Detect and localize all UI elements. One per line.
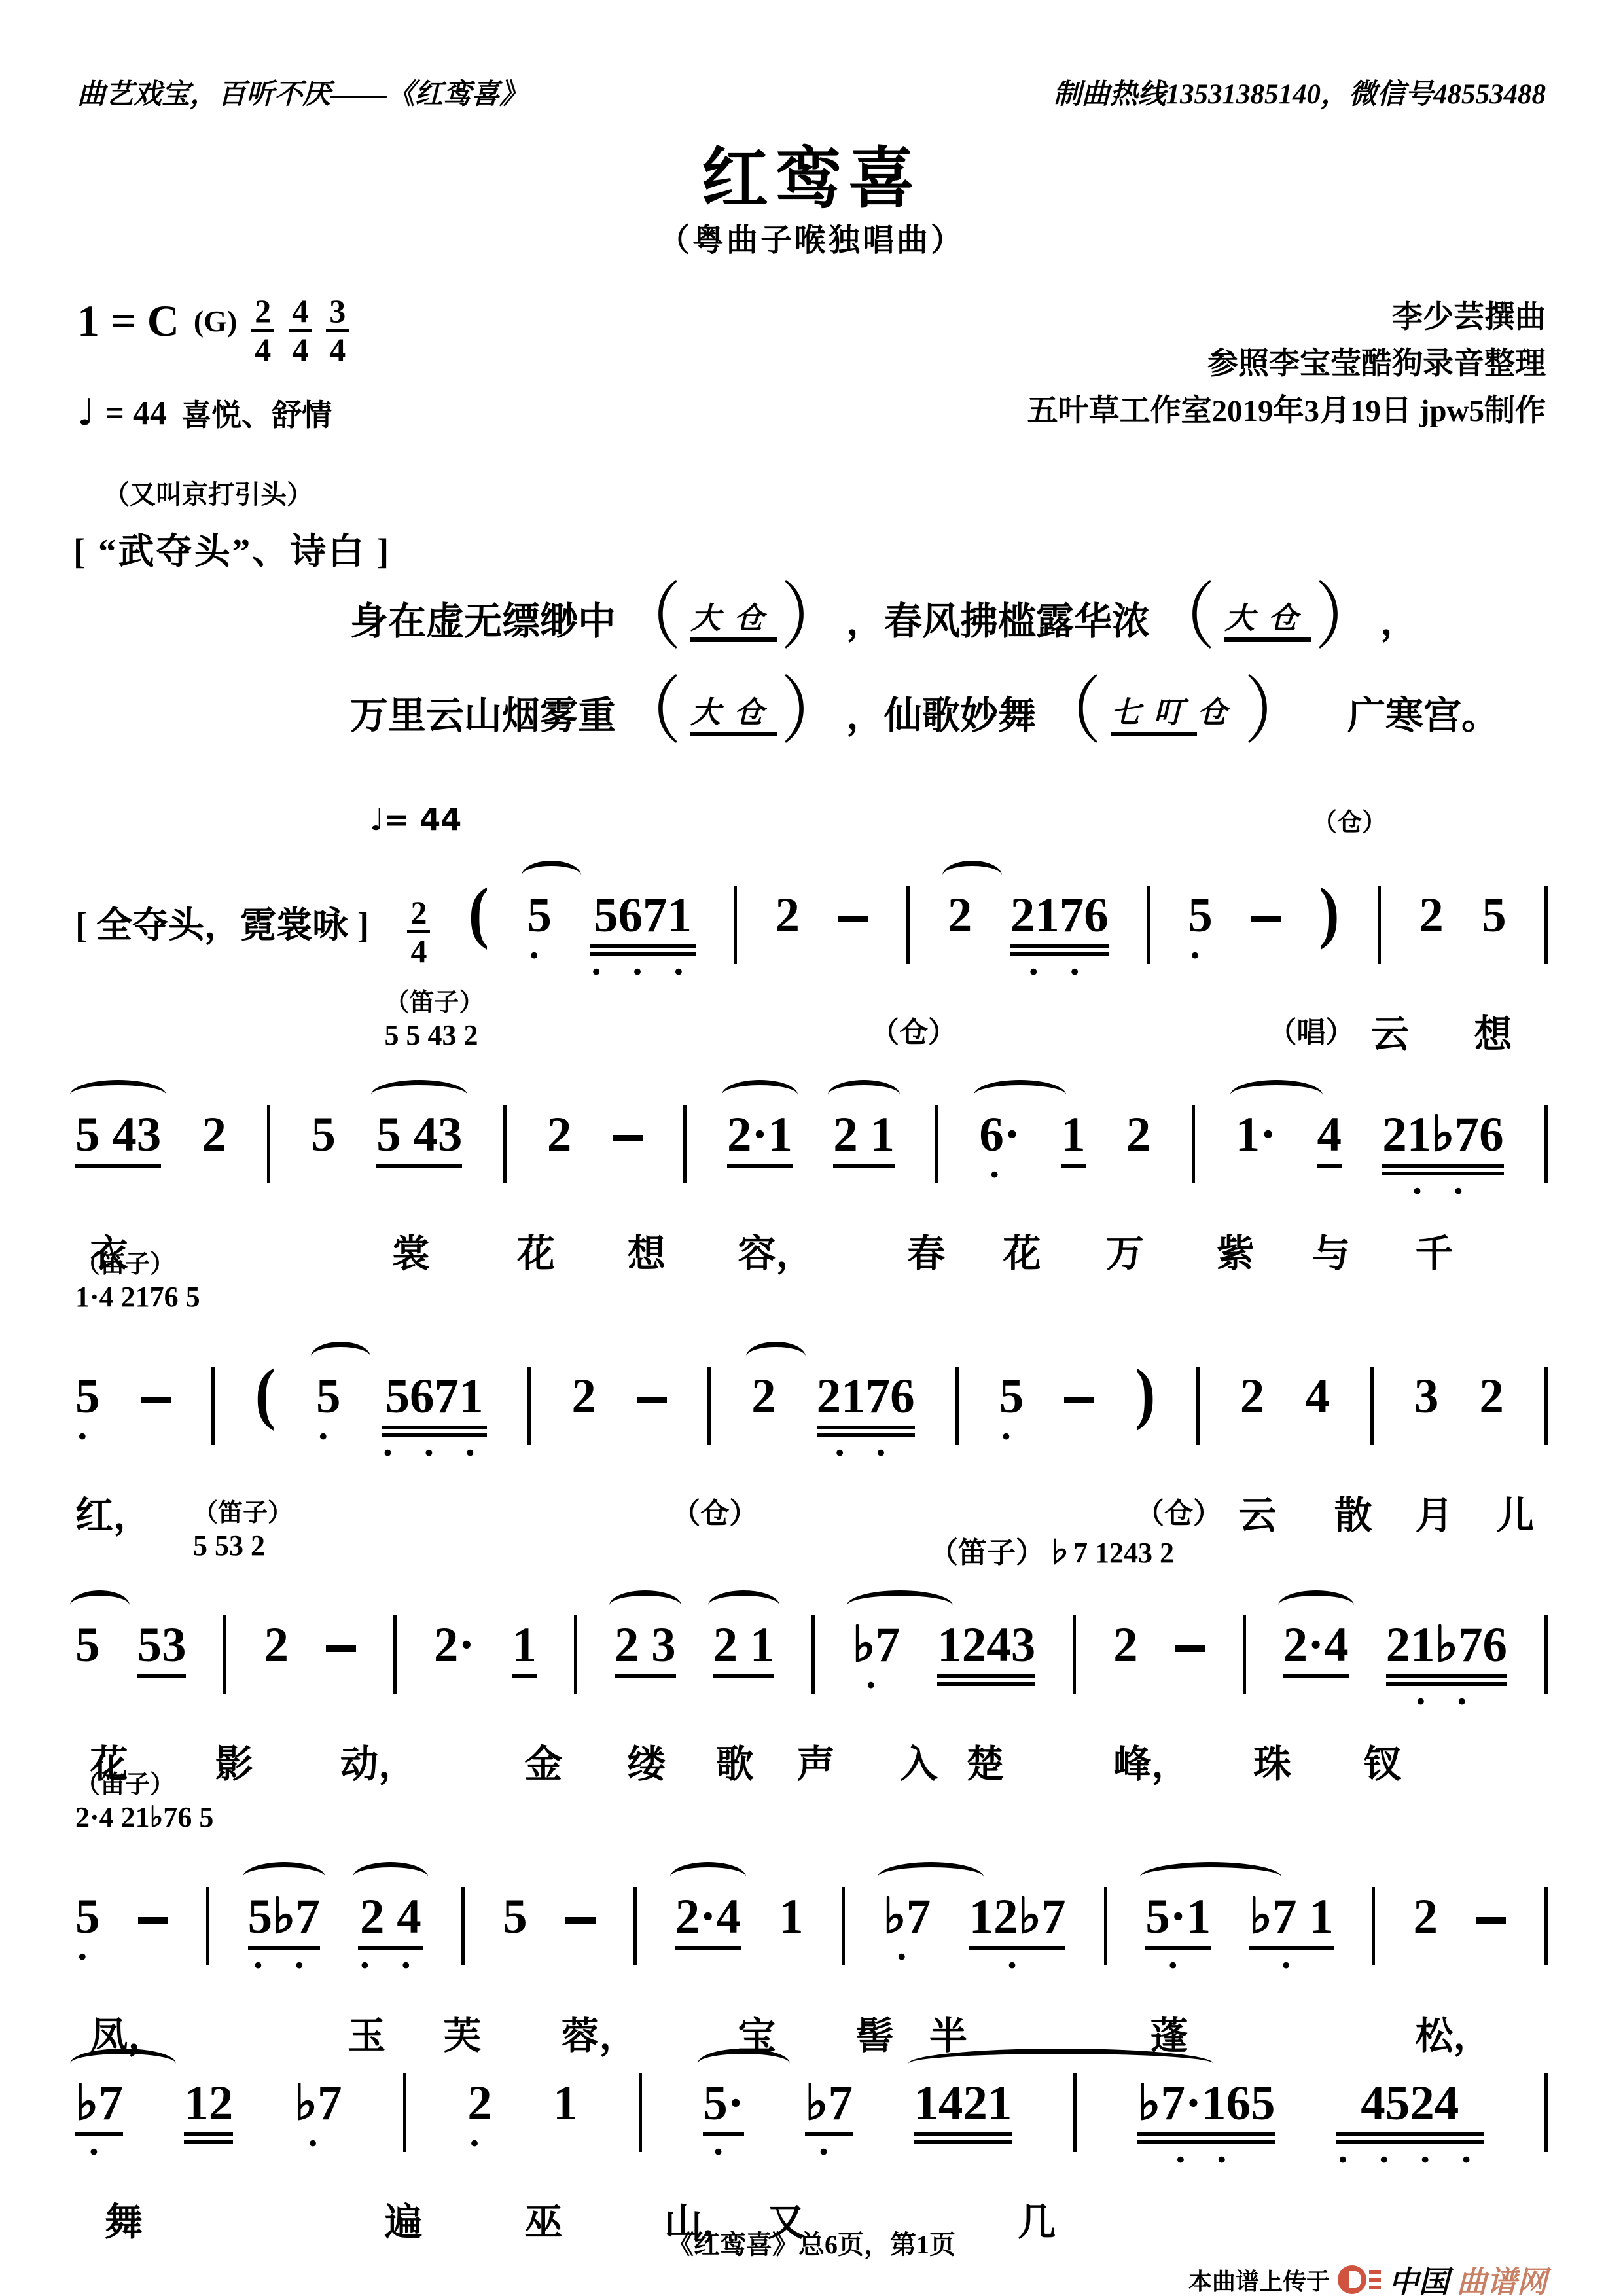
slur-arc (609, 1590, 681, 1621)
beam-double (1137, 2132, 1275, 2144)
annotation-above: （笛子）♭7 1243 2 (929, 1529, 1174, 1571)
note-digits: 1· (1236, 1110, 1277, 1159)
jianpu-note: ♭7 1• (1249, 1892, 1334, 1977)
note-digits: 53 (137, 1621, 186, 1670)
barline (906, 886, 910, 964)
barline (955, 1367, 959, 1445)
jianpu-note: ♭7• (805, 2079, 853, 2164)
poem-text: 春风拂槛露华浓 (884, 590, 1150, 645)
poem-text: 万里云山烟雾重 (350, 685, 616, 740)
music-system-2: （笛子）5 5 43 25 43255 4322·12 16·•121·421♭… (75, 982, 1548, 1288)
jianpu-note: 53 (137, 1621, 186, 1678)
jianpu-note: 2 (547, 1110, 572, 1159)
slur-arc (70, 1590, 130, 1621)
octave-dots: • (76, 1946, 99, 1969)
jianpu-note: 5671• • • (590, 891, 696, 984)
barline (211, 1367, 215, 1445)
note-digits: ♭7 1 (1249, 1892, 1334, 1941)
note-digits: 5671 (385, 1372, 483, 1421)
note-digits: 2·4 (675, 1892, 741, 1941)
beam-single (1283, 1674, 1349, 1678)
note-digits: 2 (948, 891, 972, 940)
octave-dots: • (306, 2133, 330, 2155)
poem-line-2: 万里云山烟雾重（大仓），仙歌妙舞（七叮仓） 广寒宫。 (350, 685, 1499, 740)
jianpu-note: 6·• (979, 1110, 1020, 1187)
barline (842, 1887, 845, 1965)
logo-lines-icon (1369, 2278, 1381, 2282)
note-digits: 2176 (1010, 891, 1109, 940)
note-digits: 1421 (914, 2079, 1012, 2128)
annotation-above: 2·4 21♭76 5 (75, 1801, 213, 1834)
beam-single (703, 2132, 744, 2136)
barline (1544, 1105, 1548, 1183)
annotation-above: 1·4 2176 5 (75, 1280, 200, 1314)
annotation-above: （仓） (1312, 802, 1387, 838)
jianpu-note: 5 (75, 1621, 100, 1670)
octave-dots: • (712, 2142, 736, 2164)
barline (267, 1105, 270, 1183)
beam-single (1317, 1164, 1342, 1168)
note-digits: 1 (512, 1621, 537, 1670)
dash-rest (138, 1917, 168, 1924)
percussion-syllables: 大仓 (688, 689, 779, 736)
jianpu-note: 5 (1482, 891, 1507, 940)
jianpu-note: 5·• (703, 2079, 744, 2164)
jianpu-note: 4 (1305, 1372, 1330, 1421)
jianpu-note: 5♭7• • (248, 1892, 320, 1977)
octave-dots: • (895, 1946, 919, 1969)
footer-page-info: 《红鸾喜》总6页，第1页 (0, 2224, 1623, 2261)
note-digits: 5 (75, 1892, 100, 1941)
open-paren: （ (616, 588, 681, 647)
note-digits: 5 (527, 891, 552, 940)
barline (1544, 1887, 1548, 1965)
slur-arc (828, 1080, 900, 1110)
octave-dots: • • (358, 1955, 423, 1977)
dash-rest (1064, 1397, 1094, 1403)
dash-rest (326, 1645, 356, 1652)
close-paren: ） (781, 683, 846, 742)
note-digits: 5 (999, 1372, 1024, 1421)
percussion-underlined: 大仓 (690, 696, 777, 736)
note-digits: 2176 (817, 1372, 915, 1421)
beam-single (376, 1164, 462, 1168)
note-digits: 2 (1240, 1372, 1265, 1421)
jianpu-note: 2• (467, 2079, 492, 2155)
note-digits: 12♭7 (969, 1892, 1066, 1941)
octave-dots: • (1166, 1955, 1190, 1977)
jianpu-note: 1· (1236, 1110, 1277, 1159)
jianpu-note: 2 (751, 1372, 776, 1421)
barline (503, 1105, 507, 1183)
note-digits: 6· (979, 1110, 1020, 1159)
beam-double (914, 2132, 1012, 2144)
jianpu-note: 2 1 (713, 1621, 775, 1678)
open-paren: （ (1036, 683, 1101, 742)
annotation-above: （笛子） (385, 982, 484, 1018)
note-digits: 5671 (594, 891, 692, 940)
jianpu-note: 3 (1414, 1372, 1439, 1421)
slur-arc (1230, 1080, 1323, 1110)
jianpu-note: 2 (1240, 1372, 1265, 1421)
jianpu-note: ♭7• (294, 2079, 342, 2155)
note-digits: 2 (264, 1621, 289, 1670)
note-digits: 2· (434, 1621, 475, 1670)
poem-line-1: 身在虚无缥缈中（大仓），春风拂槛露华浓（大仓）， (350, 590, 1418, 645)
key-signature: 1 = C (G) 2 4 4 4 3 4 (77, 292, 349, 367)
note-digits: 2 (1414, 1892, 1438, 1941)
barline (1544, 886, 1548, 964)
jianpu-note: 1 (1061, 1110, 1086, 1168)
music-site-logo-icon (1338, 2265, 1366, 2294)
jianpu-note: 5 (311, 1110, 336, 1159)
jianpu-note: 2·4 (1283, 1621, 1349, 1678)
octave-dots: • • (833, 1443, 898, 1465)
poem-text: ， (846, 685, 884, 740)
barline (683, 1105, 687, 1183)
note-digits: 4 (1317, 1110, 1342, 1159)
beam-double (1336, 2132, 1484, 2144)
watermark-upload-text: 本曲谱上传于 (1188, 2263, 1330, 2296)
poem-text: 仙歌妙舞 (884, 685, 1036, 740)
credit-composer: 李少芸撰曲 (1027, 295, 1546, 341)
note-digits: ♭7 (805, 2079, 853, 2128)
note-digits: 21♭76 (1382, 1110, 1503, 1159)
note-digits: 2 (1479, 1372, 1504, 1421)
dash-rest (141, 1397, 171, 1403)
barline (1378, 886, 1381, 964)
percussion-underlined: 大仓 (1224, 601, 1311, 642)
note-digits: 5 (311, 1110, 336, 1159)
note-digits: 2 (202, 1110, 226, 1159)
barline (1104, 1887, 1107, 1965)
poem-text: 身在虚无缥缈中 (350, 590, 616, 645)
barline (734, 886, 737, 964)
note-digits: 2 (751, 1372, 776, 1421)
slur-arc (371, 1080, 467, 1110)
beam-double (1382, 1164, 1503, 1175)
beam-single (75, 1164, 161, 1168)
slur-arc (847, 1590, 953, 1621)
music-system-6: ♭7•12♭7•2•15·•♭7•1421♭7·165• •4524• • • … (75, 2022, 1548, 2257)
system-annotations-above: ♩= 44（仓） (75, 802, 1548, 861)
dash-rest (565, 1917, 596, 1924)
notation-row: 5•5♭7• •2 4• •52·41♭7•12♭7•5·1•♭7 1•2 (75, 1862, 1548, 2005)
note-digits: 2 (571, 1372, 596, 1421)
slur-arc (70, 2049, 176, 2079)
beam-double (1010, 944, 1109, 956)
slur-arc (1278, 1590, 1354, 1621)
dash-rest (838, 916, 868, 922)
jianpu-note: 2 1 (833, 1110, 895, 1168)
octave-dots: • (988, 1164, 1012, 1187)
jianpu-note: ♭7• (883, 1892, 931, 1969)
jianpu-note: ♭7• (75, 2079, 123, 2164)
jianpu-note: 2· (434, 1621, 475, 1670)
slur-arc (522, 861, 581, 891)
octave-dots: • (317, 1426, 340, 1448)
barline (574, 1615, 577, 1694)
beam-double (590, 944, 696, 956)
credit-reference: 参照李宝莹酷狗录音整理 (1027, 341, 1546, 387)
jianpu-note: ♭7·165• • (1137, 2079, 1275, 2172)
note-digits: 4 (1305, 1372, 1330, 1421)
beam-single (75, 2132, 123, 2136)
note-digits: 4524 (1361, 2079, 1459, 2128)
beam-single (512, 1674, 537, 1678)
note-digits: 2 (1419, 891, 1444, 940)
note-digits: ♭7 (75, 2079, 123, 2128)
note-digits: 3 (1414, 1372, 1439, 1421)
close-paren: ） (1244, 683, 1310, 742)
watermark-brand-net: 曲谱网 (1457, 2258, 1547, 2296)
jianpu-note: 5 43 (376, 1110, 462, 1168)
barline (527, 1367, 531, 1445)
octave-dots: • • (1410, 1181, 1475, 1203)
percussion-underlined: 七叮 (1111, 696, 1197, 736)
note-digits: 2·1 (727, 1110, 793, 1159)
jianpu-note: 2 (264, 1621, 289, 1670)
jianpu-note: 2 4• • (358, 1892, 423, 1977)
jianpu-note: 4524• • • • (1336, 2079, 1484, 2172)
barline (935, 1105, 938, 1183)
dash-rest (637, 1397, 667, 1403)
barline (1073, 1615, 1076, 1694)
jianpu-note: 5 (503, 1892, 527, 1941)
annotation-above: （笛子） (75, 1764, 175, 1800)
intro-note: （又叫京打引头） (103, 474, 313, 511)
jianpu-note: 1421 (914, 2079, 1012, 2144)
note-digits: 5 (75, 1621, 100, 1670)
dash-rest (613, 1135, 643, 1141)
octave-dots: • (817, 2142, 841, 2164)
jianpu-note: 2 (571, 1372, 596, 1421)
beam-double (1386, 1674, 1507, 1686)
note-digits: 2 1 (833, 1110, 895, 1159)
beam-double (937, 1674, 1035, 1686)
barline (1372, 1887, 1375, 1965)
barline (1544, 2073, 1548, 2152)
slur-arc (708, 1590, 780, 1621)
annotation-above: （笛子） (75, 1244, 175, 1280)
note-digits: 1243 (937, 1621, 1035, 1670)
percussion-syllables: 大仓 (688, 594, 779, 641)
note-digits: 1 (779, 1892, 804, 1941)
jianpu-note: 2176• • (1010, 891, 1109, 984)
note-digits: 5 (503, 1892, 527, 1941)
note-digits: ♭7 (294, 2079, 342, 2128)
slur-arc (942, 861, 1002, 891)
music-system-4: （笛子）5 53 2（笛子）♭7 1243 255322·12 32 1♭7•1… (75, 1492, 1548, 1799)
jianpu-note: 2 (776, 891, 800, 940)
watermark-brand-cn: 中国 (1389, 2258, 1449, 2296)
key-mode: (G) (194, 304, 237, 338)
jianpu-note: 12♭7• (969, 1892, 1066, 1977)
slur-arc (974, 1080, 1066, 1110)
score-page: 曲艺戏宝，百听不厌——《红鸾喜》 制曲热线13531385140，微信号4855… (0, 0, 1623, 2296)
barline (1196, 1367, 1200, 1445)
jianpu-note: 5• (75, 1372, 100, 1448)
phrase-paren: ( (469, 878, 489, 946)
slur-arc (670, 1862, 746, 1892)
annotation-above: 5 53 2 (193, 1529, 265, 1562)
note-digits: 2·4 (1283, 1621, 1349, 1670)
beam-single (137, 1674, 186, 1678)
page-title: 红鸾喜 (0, 126, 1623, 221)
note-digits: 5 (1482, 891, 1507, 940)
notation-row: ♭7•12♭7•2•15·•♭7•1421♭7·165• •4524• • • … (75, 2049, 1548, 2191)
note-digits: 2 3 (615, 1621, 676, 1670)
octave-dots: • (865, 1675, 888, 1697)
jianpu-note: 5671• • • (382, 1372, 488, 1465)
close-paren: ） (781, 588, 846, 647)
percussion-underlined: 大仓 (690, 601, 777, 642)
jianpu-note: ♭7• (852, 1621, 900, 1697)
poem-text: 广寒宫。 (1310, 685, 1499, 740)
jianpu-note: 2·4 (675, 1892, 741, 1950)
percussion-syllables: 大仓 (1222, 594, 1313, 641)
jianpu-note: 2 (1479, 1372, 1504, 1421)
beam-single (713, 1674, 775, 1678)
jianpu-note: 1 (553, 2079, 578, 2128)
octave-dots: • • • (382, 1443, 488, 1465)
note-digits: 2 4 (360, 1892, 421, 1941)
octave-dots: • (1006, 1955, 1029, 1977)
beam-single (675, 1946, 741, 1950)
jianpu-note: 5• (1188, 891, 1213, 967)
watermark: 本曲谱上传于 中国 曲谱网 (1188, 2258, 1547, 2296)
barline (639, 2073, 642, 2152)
system-annotations-above: （笛子）2·4 21♭76 5 (75, 1764, 1548, 1862)
octave-dots: • (1188, 945, 1212, 967)
open-paren: （ (616, 683, 681, 742)
slur-arc (353, 1862, 428, 1892)
barline (1544, 1367, 1548, 1445)
system-annotations-above: （笛子）5 5 43 2 (75, 982, 1548, 1080)
percussion-syllables: 七叮仓 (1108, 689, 1243, 736)
beam-single (1061, 1164, 1086, 1168)
tempo-marking: ♩ = 44 喜悦、舒情 (77, 391, 332, 435)
beam-single (833, 1164, 895, 1168)
page-subtitle: （粤曲子喉独唱曲） (0, 215, 1623, 260)
barline (223, 1615, 226, 1694)
note-digits: 2 (776, 891, 800, 940)
octave-dots: • • (1027, 961, 1092, 984)
octave-dots: • (1279, 1955, 1303, 1977)
note-digits: 21♭76 (1386, 1621, 1507, 1670)
note-digits: 5 (1188, 891, 1213, 940)
barline (1192, 1105, 1195, 1183)
beam-single (727, 1164, 793, 1168)
credits: 李少芸撰曲 参照李宝莹酷狗录音整理 五叶草工作室2019年3月19日 jpw5制… (1027, 295, 1546, 435)
note-digits: 5 43 (75, 1110, 161, 1159)
barline (633, 1887, 637, 1965)
jianpu-note: 1 (512, 1621, 537, 1678)
time-signature-4-4: 4 4 (289, 293, 312, 367)
jianpu-note: 2 (1126, 1110, 1151, 1159)
jianpu-note: 2 (948, 891, 972, 940)
slur-arc (908, 2049, 1213, 2079)
ts-numerator: 2 (407, 895, 430, 933)
jianpu-note: 21♭76• • (1386, 1621, 1507, 1713)
phrase-paren: ( (255, 1359, 276, 1427)
note-digits: ♭7 (883, 1892, 931, 1941)
octave-dots: • (87, 2142, 111, 2164)
barline (1544, 1615, 1548, 1694)
annotation-above: （笛子） (193, 1492, 293, 1528)
slur-arc (722, 1080, 798, 1110)
slur-arc (243, 1862, 325, 1892)
octave-dots: • • (251, 1955, 316, 1977)
system-label: [ 全夺头，霓裳咏 ] (75, 896, 369, 948)
slur-arc (311, 1342, 370, 1372)
dash-rest (1476, 1917, 1506, 1924)
jianpu-note: 2176• • (817, 1372, 915, 1465)
note-digits: ♭7·165 (1137, 2079, 1275, 2128)
note-digits: 1 (553, 2079, 578, 2128)
octave-dots: • • • • (1336, 2149, 1484, 2172)
note-digits: ♭7 (852, 1621, 900, 1670)
jianpu-note: 1 (779, 1892, 804, 1941)
octave-dots: • • • (590, 961, 696, 984)
annotation-above: 5 5 43 2 (385, 1018, 478, 1052)
jianpu-note: 4 (1317, 1110, 1342, 1168)
barline (393, 1615, 397, 1694)
notation-row: 55322·12 32 1♭7•124322·421♭76• • (75, 1590, 1548, 1733)
header-right: 制曲热线13531385140，微信号48553488 (1054, 72, 1546, 112)
inline-time-signature: 24 (407, 895, 430, 969)
octave-dots: • • (1174, 2149, 1239, 2172)
jianpu-note: 21♭76• • (1382, 1110, 1503, 1203)
jianpu-note: 5 43 (75, 1110, 161, 1168)
poem-text: ， (1380, 590, 1418, 645)
system-annotations-above: （笛子）1·4 2176 5 (75, 1244, 1548, 1342)
note-digits: 12 (184, 2079, 233, 2128)
barline (206, 1887, 209, 1965)
jianpu-note: 12 (184, 2079, 233, 2144)
poem-text: ， (846, 590, 884, 645)
octave-dots: • (999, 1426, 1023, 1448)
tempo-mood: 喜悦、舒情 (181, 391, 332, 435)
note-digits: 1 (1061, 1110, 1086, 1159)
slur-arc (70, 1080, 166, 1110)
jianpu-note: 2 (1419, 891, 1444, 940)
barline (1073, 2073, 1077, 2152)
beam-single (248, 1946, 320, 1950)
section-label: [ “武夺头”、诗白 ] (73, 522, 391, 574)
ts-denominator: 4 (407, 933, 430, 969)
dash-rest (1175, 1645, 1205, 1652)
key-text: 1 = C (77, 292, 179, 350)
slur-arc (698, 2049, 790, 2079)
beam-single (805, 2132, 853, 2136)
beam-single (1249, 1946, 1334, 1950)
beam-double (382, 1426, 488, 1437)
barline (461, 1887, 465, 1965)
annotation-above: ♩= 44 (370, 802, 461, 837)
barline (707, 1367, 711, 1445)
note-digits: 2 (547, 1110, 572, 1159)
octave-dots: • • (1414, 1691, 1479, 1713)
dash-rest (1251, 916, 1281, 922)
beam-single (969, 1946, 1066, 1950)
phrase-paren: ) (1135, 1359, 1155, 1427)
header-left: 曲艺戏宝，百听不厌——《红鸾喜》 (77, 72, 527, 112)
jianpu-note: 1243 (937, 1621, 1035, 1686)
notation-row: 5•(5•5671• • •222176• •5•)2432 (75, 1342, 1548, 1484)
open-paren: （ (1150, 588, 1215, 647)
note-digits: 2 1 (713, 1621, 775, 1670)
